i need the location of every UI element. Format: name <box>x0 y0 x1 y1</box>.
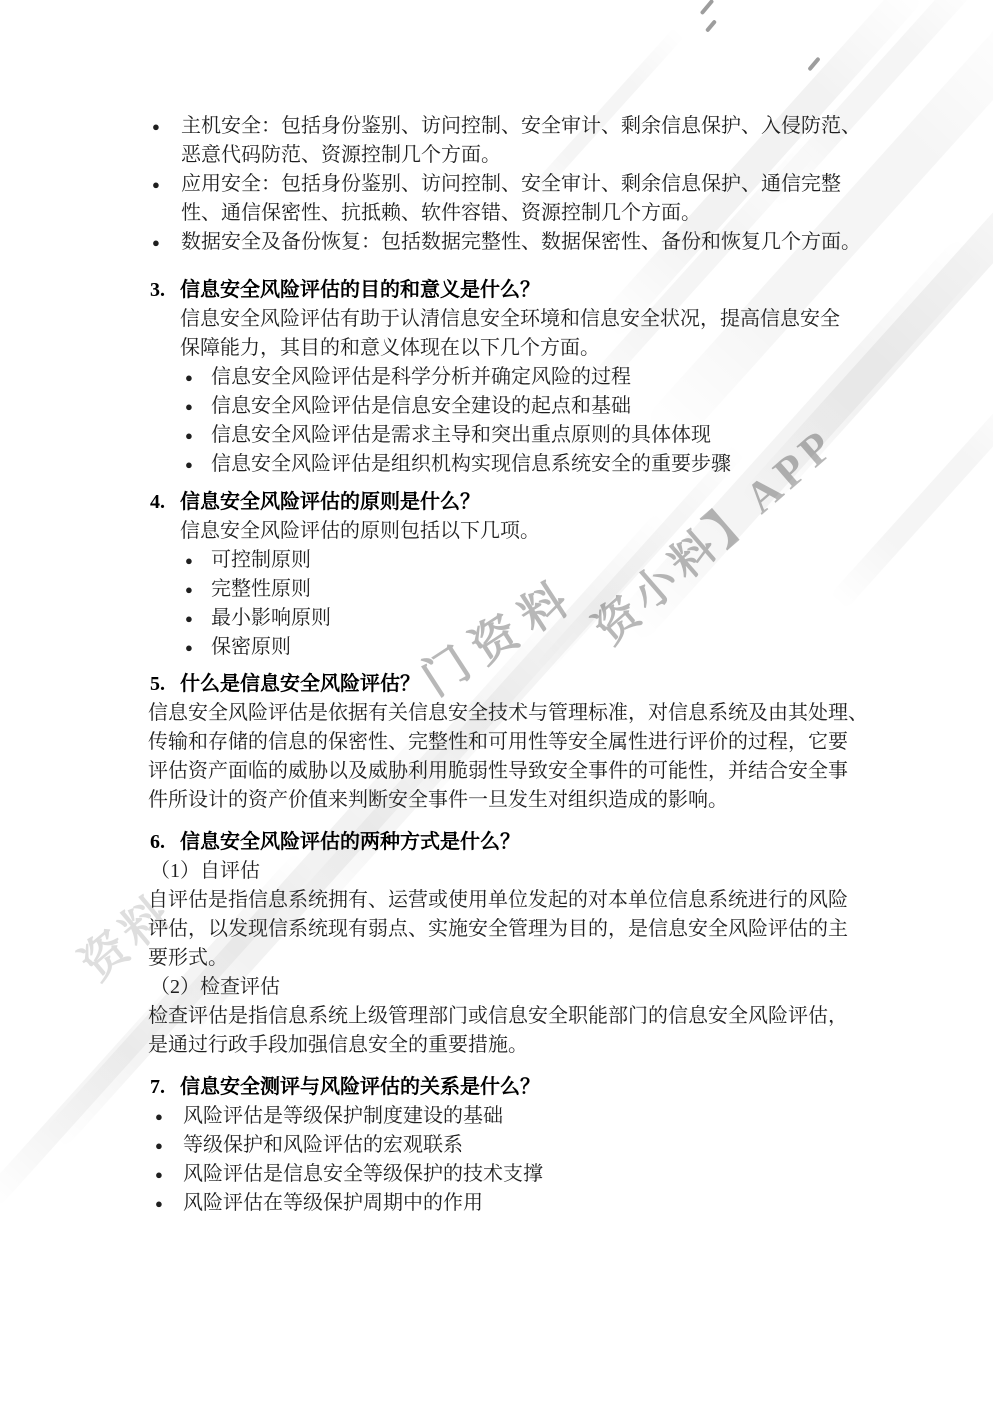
question-number: 5. <box>148 670 180 699</box>
question-title: 信息安全测评与风险评估的关系是什么？ <box>180 1073 540 1102</box>
list-item: ● 信息安全风险评估是需求主导和突出重点原则的具体体现 <box>180 421 864 450</box>
bullet-icon: ● <box>185 575 211 604</box>
paragraph-line: 信息安全风险评估的原则包括以下几项。 <box>180 517 864 546</box>
list-item-text: 等级保护和风险评估的宏观联系 <box>183 1131 463 1160</box>
list-item-text: 信息安全风险评估是需求主导和突出重点原则的具体体现 <box>211 421 711 450</box>
list-item: ● 风险评估是信息安全等级保护的技术支撑 <box>148 1160 864 1189</box>
sub-item-label: （2）检查评估 <box>148 973 864 1002</box>
paragraph-line: 件所设计的资产价值来判断安全事件一旦发生对组织造成的影响。 <box>148 786 864 815</box>
paragraph-line: 评估资产面临的威胁以及威胁利用脆弱性导致安全事件的可能性，并结合安全事 <box>148 757 864 786</box>
question-heading: 4. 信息安全风险评估的原则是什么？ <box>148 488 864 517</box>
paragraph-line: 自评估是指信息系统拥有、运营或使用单位发起的对本单位信息系统进行的风险 <box>148 886 864 915</box>
bullet-icon: ● <box>185 546 211 575</box>
question-title: 信息安全风险评估的目的和意义是什么？ <box>180 276 540 305</box>
ink-speck <box>807 57 820 72</box>
answer-body: 信息安全风险评估有助于认清信息安全环境和信息安全状况，提高信息安全 保障能力，其… <box>148 305 864 479</box>
question-number: 7. <box>148 1073 180 1102</box>
bullet-icon: ● <box>185 450 211 479</box>
paragraph-line: 评估，以发现信系统现有弱点、实施安全管理为目的，是信息安全风险评估的主 <box>148 915 864 944</box>
question-heading: 7. 信息安全测评与风险评估的关系是什么？ <box>148 1073 864 1102</box>
list-item-text: 风险评估是等级保护制度建设的基础 <box>183 1102 503 1131</box>
question-heading: 3. 信息安全风险评估的目的和意义是什么？ <box>148 276 864 305</box>
question-5-section: 5. 什么是信息安全风险评估？ 信息安全风险评估是依据有关信息安全技术与管理标准… <box>148 670 864 815</box>
list-item-text: 应用安全：包括身份鉴别、访问控制、安全审计、剩余信息保护、通信完整 <box>181 170 841 199</box>
paragraph-line: 信息安全风险评估是依据有关信息安全技术与管理标准，对信息系统及由其处理、 <box>148 699 864 728</box>
question-4-section: 4. 信息安全风险评估的原则是什么？ 信息安全风险评估的原则包括以下几项。 ● … <box>148 488 864 662</box>
bullet-icon: ● <box>185 604 211 633</box>
list-item: ● 可控制原则 <box>180 546 864 575</box>
list-item-text: 信息安全风险评估是信息安全建设的起点和基础 <box>211 392 631 421</box>
bullet-icon: ● <box>148 170 181 199</box>
bullet-icon: ● <box>185 421 211 450</box>
list-item-text: 恶意代码防范、资源控制几个方面。 <box>148 141 864 170</box>
list-item-text: 数据安全及备份恢复：包括数据完整性、数据保密性、备份和恢复几个方面。 <box>181 228 861 257</box>
question-heading: 5. 什么是信息安全风险评估？ <box>148 670 864 699</box>
page-content: ● 主机安全：包括身份鉴别、访问控制、安全审计、剩余信息保护、入侵防范、 恶意代… <box>148 112 864 1218</box>
bullet-icon: ● <box>155 1131 183 1160</box>
question-heading: 6. 信息安全风险评估的两种方式是什么？ <box>148 828 864 857</box>
bullet-icon: ● <box>155 1160 183 1189</box>
question-3-section: 3. 信息安全风险评估的目的和意义是什么？ 信息安全风险评估有助于认清信息安全环… <box>148 276 864 479</box>
bullet-icon: ● <box>155 1189 183 1218</box>
sub-item-label: （1）自评估 <box>148 857 864 886</box>
list-item-text: 最小影响原则 <box>211 604 331 633</box>
list-item: ● 信息安全风险评估是组织机构实现信息系统安全的重要步骤 <box>180 450 864 479</box>
list-item: ● 保密原则 <box>180 633 864 662</box>
question-number: 4. <box>148 488 180 517</box>
paragraph-line: 检查评估是指信息系统上级管理部门或信息安全职能部门的信息安全风险评估， <box>148 1002 864 1031</box>
answer-body: （1）自评估 自评估是指信息系统拥有、运营或使用单位发起的对本单位信息系统进行的… <box>148 857 864 1060</box>
ink-speck <box>705 19 717 32</box>
list-item: ● 数据安全及备份恢复：包括数据完整性、数据保密性、备份和恢复几个方面。 <box>148 228 864 257</box>
paragraph-line: 是通过行政手段加强信息安全的重要措施。 <box>148 1031 864 1060</box>
list-item: ● 风险评估在等级保护周期中的作用 <box>148 1189 864 1218</box>
paragraph-line: 信息安全风险评估有助于认清信息安全环境和信息安全状况，提高信息安全 <box>180 305 864 334</box>
list-item-text: 风险评估是信息安全等级保护的技术支撑 <box>183 1160 543 1189</box>
question-title: 信息安全风险评估的两种方式是什么？ <box>180 828 520 857</box>
bullet-icon: ● <box>148 112 181 141</box>
ink-speck <box>700 0 715 15</box>
list-item-text: 可控制原则 <box>211 546 311 575</box>
question-title: 什么是信息安全风险评估？ <box>180 670 420 699</box>
list-item-text: 完整性原则 <box>211 575 311 604</box>
question-7-section: 7. 信息安全测评与风险评估的关系是什么？ ● 风险评估是等级保护制度建设的基础… <box>148 1073 864 1218</box>
list-item: ● 主机安全：包括身份鉴别、访问控制、安全审计、剩余信息保护、入侵防范、 <box>148 112 864 141</box>
question-6-section: 6. 信息安全风险评估的两种方式是什么？ （1）自评估 自评估是指信息系统拥有、… <box>148 828 864 1060</box>
list-item-text: 风险评估在等级保护周期中的作用 <box>183 1189 483 1218</box>
answer-body: ● 风险评估是等级保护制度建设的基础 ● 等级保护和风险评估的宏观联系 ● 风险… <box>148 1102 864 1218</box>
paragraph-line: 传输和存储的信息的保密性、完整性和可用性等安全属性进行评价的过程，它要 <box>148 728 864 757</box>
list-item: ● 风险评估是等级保护制度建设的基础 <box>148 1102 864 1131</box>
list-item: ● 信息安全风险评估是信息安全建设的起点和基础 <box>180 392 864 421</box>
list-item: ● 最小影响原则 <box>180 604 864 633</box>
list-item: ● 应用安全：包括身份鉴别、访问控制、安全审计、剩余信息保护、通信完整 <box>148 170 864 199</box>
bullet-icon: ● <box>185 392 211 421</box>
list-item: ● 等级保护和风险评估的宏观联系 <box>148 1131 864 1160</box>
list-item-text: 保密原则 <box>211 633 291 662</box>
bullet-icon: ● <box>148 228 181 257</box>
list-item: ● 完整性原则 <box>180 575 864 604</box>
bullet-icon: ● <box>185 633 211 662</box>
security-aspects-list: ● 主机安全：包括身份鉴别、访问控制、安全审计、剩余信息保护、入侵防范、 恶意代… <box>148 112 864 257</box>
list-item-text: 信息安全风险评估是组织机构实现信息系统安全的重要步骤 <box>211 450 731 479</box>
paragraph-line: 保障能力，其目的和意义体现在以下几个方面。 <box>180 334 864 363</box>
list-item-text: 信息安全风险评估是科学分析并确定风险的过程 <box>211 363 631 392</box>
list-item-text: 主机安全：包括身份鉴别、访问控制、安全审计、剩余信息保护、入侵防范、 <box>181 112 861 141</box>
question-title: 信息安全风险评估的原则是什么？ <box>180 488 480 517</box>
question-number: 6. <box>148 828 180 857</box>
bullet-icon: ● <box>185 363 211 392</box>
bullet-icon: ● <box>155 1102 183 1131</box>
paragraph-line: 要形式。 <box>148 944 864 973</box>
list-item: ● 信息安全风险评估是科学分析并确定风险的过程 <box>180 363 864 392</box>
question-number: 3. <box>148 276 180 305</box>
answer-body: 信息安全风险评估的原则包括以下几项。 ● 可控制原则 ● 完整性原则 ● 最小影… <box>148 517 864 662</box>
document-page: 门资料 资小料】APP 资料 ● 主机安全：包括身份鉴别、访问控制、安全审计、剩… <box>0 0 993 1404</box>
list-item-text: 性、通信保密性、抗抵赖、软件容错、资源控制几个方面。 <box>148 199 864 228</box>
answer-body: 信息安全风险评估是依据有关信息安全技术与管理标准，对信息系统及由其处理、 传输和… <box>148 699 864 815</box>
